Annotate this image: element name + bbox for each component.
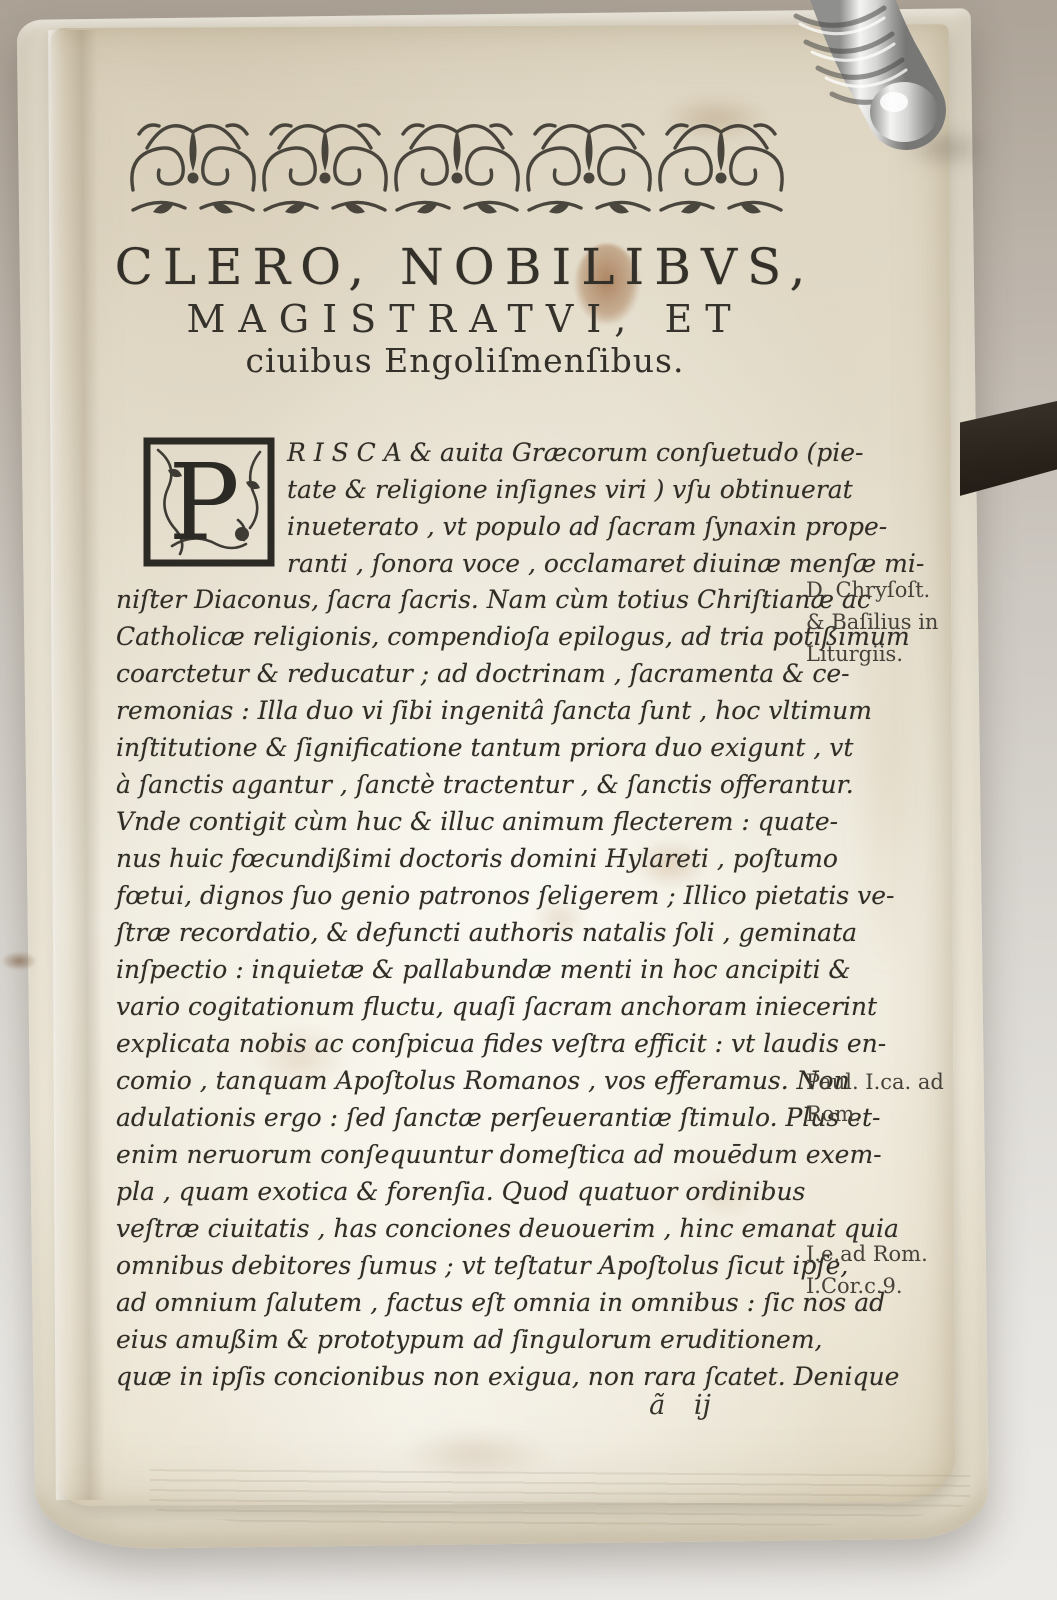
body-text-line: adulationis ergo : ſed ſanctæ perſeueran…	[116, 1099, 816, 1136]
body-text-line: veſtræ ciuitatis , has conciones deuouer…	[116, 1210, 816, 1247]
body-text-line: inueterato , vt populo ad ſacram ſynaxin…	[287, 508, 807, 545]
body-text-line: explicata nobis ac conſpicua fides veſtr…	[116, 1025, 816, 1062]
margin-note-line: Paul. I.ca. ad	[806, 1066, 976, 1098]
dedication-title-line3: ciuibus Engoliſmenſibus.	[112, 341, 818, 380]
margin-note-line: I.e.ad Rom.	[806, 1238, 976, 1270]
body-text-indented: R I S C A & auita Græcorum conſuetudo (p…	[287, 434, 807, 582]
body-text-line: fœtui, dignos ſuo genio patronos ſeliger…	[116, 877, 816, 914]
margin-note-line: & Baſilius in	[806, 606, 976, 638]
body-text-line: enim neruorum conſequuntur domeſtica ad …	[116, 1136, 816, 1173]
body-text-line: comio , tanquam Apoſtolus Romanos , vos …	[116, 1062, 816, 1099]
body-text-line: inſpectio : inquietæ & pallabundæ menti …	[116, 951, 816, 988]
signature-mark: ã ij	[560, 1390, 800, 1421]
body-text: niſter Diaconus, ſacra ſacris. Nam cùm t…	[116, 581, 816, 1395]
drop-cap-initial: P	[142, 436, 276, 568]
margin-note-chrysostom: D. Chryſoſt.& Baſilius inLiturgiis.	[806, 574, 976, 670]
margin-note-line: Rom.	[806, 1098, 976, 1130]
margin-note-line: I.Cor.c.9.	[806, 1270, 976, 1302]
photo-of-book: CLERO, NOBILIBVS, MAGISTRATVI, ET ciuibu…	[0, 0, 1057, 1600]
headpiece-ornament	[126, 110, 788, 230]
drop-cap-letter: P	[168, 441, 239, 564]
margin-note-corinthians: I.e.ad Rom.I.Cor.c.9.	[806, 1238, 976, 1302]
body-text-line: ad omnium ſalutem , factus eſt omnia in …	[116, 1284, 816, 1321]
margin-note-paul-romans: Paul. I.ca. adRom.	[806, 1066, 976, 1130]
body-text-line: ſtræ recordatio, & defuncti authoris nat…	[116, 914, 816, 951]
body-text-line: Catholicæ religionis, compendioſa epilog…	[116, 618, 816, 655]
margin-note-line: Liturgiis.	[806, 638, 976, 670]
margin-note-line: D. Chryſoſt.	[806, 574, 976, 606]
dedication-title-line2: MAGISTRATVI, ET	[112, 297, 818, 341]
body-text-line: pla , quam exotica & forenſia. Quod quat…	[116, 1173, 816, 1210]
body-text-line: inſtitutione & ſignificatione tantum pri…	[116, 729, 816, 766]
body-text-line: niſter Diaconus, ſacra ſacris. Nam cùm t…	[116, 581, 816, 618]
body-text-line: à ſanctis agantur , ſanctè tractentur , …	[116, 766, 816, 803]
body-text-line: R I S C A & auita Græcorum conſuetudo (p…	[287, 434, 807, 471]
body-text-line: Vnde contigit cùm huc & illuc animum fle…	[116, 803, 816, 840]
dedication-title-line1: CLERO, NOBILIBVS,	[112, 238, 818, 296]
body-text-line: eius amußim & prototypum ad ſingulorum e…	[116, 1321, 816, 1358]
body-text-line: remonias : Illa duo vi ſibi ingenitâ ſan…	[116, 692, 816, 729]
body-text-line: omnibus debitores ſumus ; vt teſtatur Ap…	[116, 1247, 816, 1284]
body-text-line: ranti , ſonora voce , occlamaret diuinæ …	[287, 545, 807, 582]
body-text-line: coarctetur & reducatur ; ad doctrinam , …	[116, 655, 816, 692]
body-text-line: vario cogitationum fluctu, quaſi ſacram …	[116, 988, 816, 1025]
body-text-line: nus huic fœcundißimi doctoris domini Hyl…	[116, 840, 816, 877]
silver-handle	[788, 0, 960, 166]
body-text-line: tate & religione inſignes viri ) vſu obt…	[287, 471, 807, 508]
